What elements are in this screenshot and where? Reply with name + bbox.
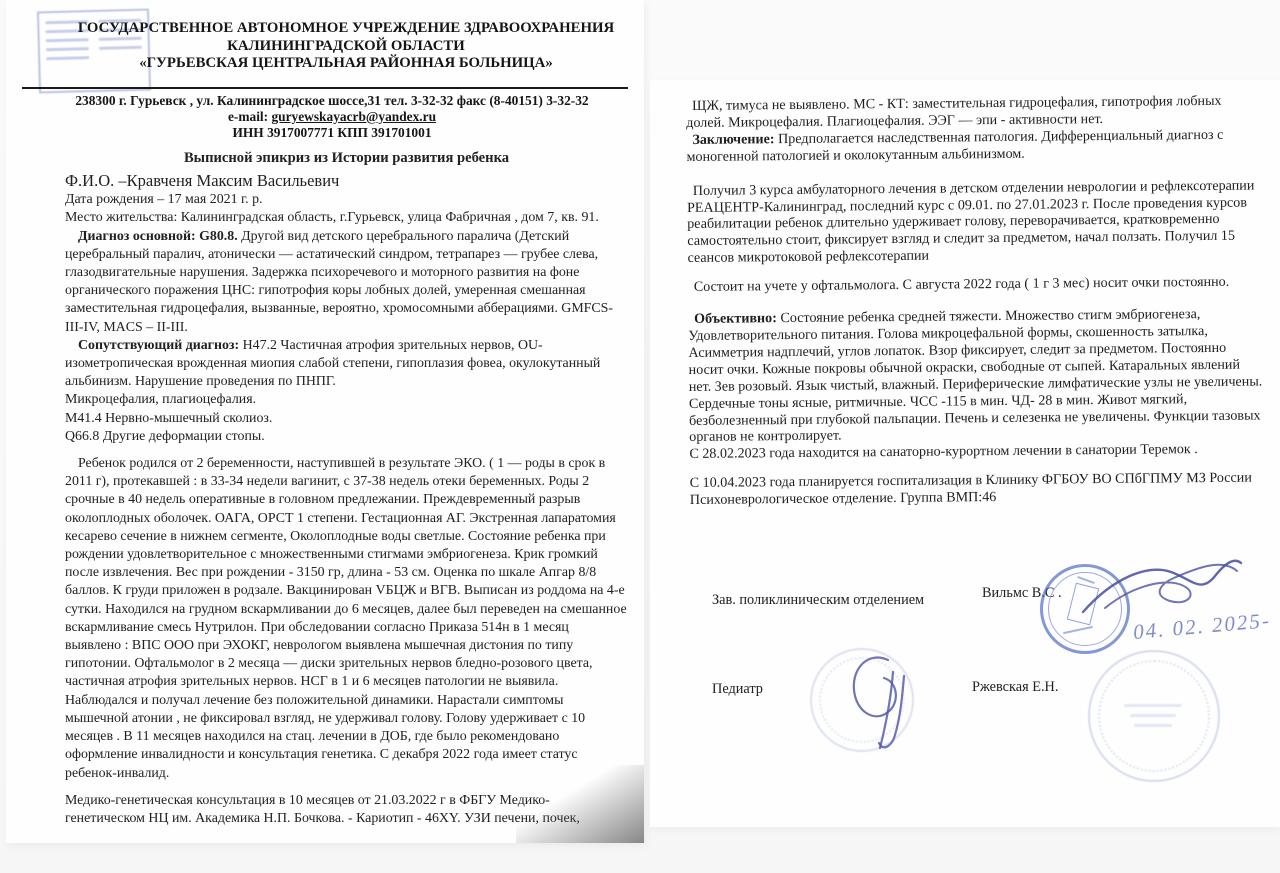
diagnosis-secondary: Сопутствующий диагноз: Н47.2 Частичная а… [65, 337, 628, 392]
objective-status-paragraph: Объективно: Состояние ребенка средней тя… [688, 306, 1265, 447]
page-corner-shadow [516, 765, 644, 843]
signature-pediatrician [840, 642, 936, 760]
findings-paragraph: ЩЖ, тимуса не выявлено. МС - КТ: замести… [686, 92, 1262, 131]
org-name-line-3: «ГУРЬЕВСКАЯ ЦЕНТРАЛЬНАЯ РАЙОННАЯ БОЛЬНИЦ… [66, 55, 626, 73]
patient-residence: Место жительства: Калининградская област… [65, 209, 628, 227]
page-1: ГОСУДАРСТВЕННОЕ АВТОНОМНОЕ УЧРЕЖДЕНИЕ ЗД… [6, 0, 644, 843]
page-2-body: ЩЖ, тимуса не выявлено. МС - КТ: замести… [686, 92, 1266, 509]
org-email-line: e-mail: guryewskayacrb@yandex.ru [46, 109, 618, 125]
org-inn-kpp: ИНН 3917007771 КПП 391701001 [46, 125, 618, 141]
org-address: 238300 г. Гурьевск , ул. Калининградское… [46, 93, 618, 109]
patient-name: Ф.И.О. –Кравченя Максим Васильевич [65, 170, 628, 191]
org-name-line-2: КАЛИНИНГРАДСКОЙ ОБЛАСТИ [66, 38, 626, 56]
conclusion-paragraph: Заключение: Предполагается наследственна… [686, 126, 1262, 165]
conclusion-label: Заключение: [692, 131, 774, 148]
treatment-paragraph: Получил 3 курса амбулаторного лечения в … [687, 177, 1264, 267]
pediatrician-role: Педиатр [712, 681, 763, 698]
hospitalization-paragraph: С 10.04.2023 года планируется госпитализ… [690, 470, 1266, 509]
ophthalmology-paragraph: Состоит на учете у офтальмолога. С авгус… [688, 274, 1264, 296]
page-2: ЩЖ, тимуса не выявлено. МС - КТ: замести… [650, 80, 1280, 827]
head-of-department-role: Зав. поликлиническим отделением [712, 592, 924, 609]
objective-label: Объективно: [694, 310, 777, 327]
diagnosis-line: Микроцефалия, плагиоцефалия. [65, 391, 628, 409]
diagnosis-main-label: Диагноз основной: G80.8. [78, 229, 238, 244]
diagnosis-secondary-label: Сопутствующий диагноз: [78, 338, 239, 353]
official-seal-stamp [1088, 650, 1220, 782]
org-contacts: 238300 г. Гурьевск , ул. Калининградское… [46, 93, 618, 140]
org-email: guryewskayacrb@yandex.ru [271, 109, 436, 124]
birth-history-paragraph: Ребенок родился от 2 беременности, насту… [65, 455, 628, 783]
header-divider [22, 87, 628, 89]
page-1-body: Выписной эпикриз из Истории развития реб… [65, 149, 628, 828]
pediatrician-name: Ржевская Е.Н. [972, 679, 1058, 696]
document-title: Выписной эпикриз из Истории развития реб… [65, 149, 628, 167]
org-header: ГОСУДАРСТВЕННОЕ АВТОНОМНОЕ УЧРЕЖДЕНИЕ ЗД… [66, 20, 626, 73]
email-label: e-mail: [228, 109, 272, 124]
org-name-line-1: ГОСУДАРСТВЕННОЕ АВТОНОМНОЕ УЧРЕЖДЕНИЕ ЗД… [66, 20, 626, 38]
document-scan: ГОСУДАРСТВЕННОЕ АВТОНОМНОЕ УЧРЕЖДЕНИЕ ЗД… [0, 0, 1280, 873]
patient-birth-date: Дата рождения – 17 мая 2021 г. р. [65, 191, 628, 209]
diagnosis-line: Q66.8 Другие деформации стопы. [65, 428, 628, 446]
diagnosis-main: Диагноз основной: G80.8. Другой вид детс… [65, 228, 628, 337]
diagnosis-line: М41.4 Нервно-мышечный сколиоз. [65, 410, 628, 428]
